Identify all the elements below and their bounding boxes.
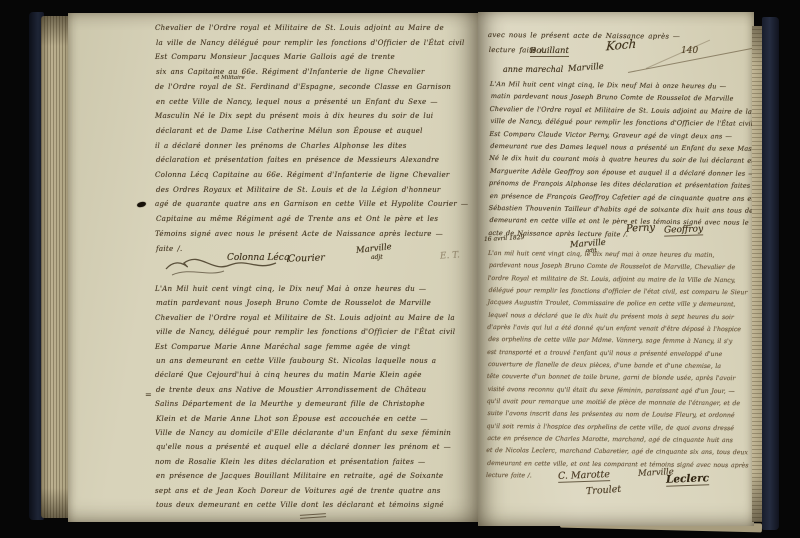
manuscript-line: Capitaine au même Régiment agé de Trente… [156,212,468,227]
courier-signature: Courier [288,252,325,264]
manuscript-line: nom de Rosalie Klein les dites déclarati… [155,455,467,469]
manuscript-line: Chevalier de l'Ordre royal et Militaire … [155,311,467,325]
manuscript-line: des Ordres Royaux et Militaire de St. Lo… [156,183,468,198]
geoffroy-signature: Geoffroy [664,224,703,236]
record-perny-birth: L'An Mil huit cent vingt cinq, le Dix ne… [488,78,750,242]
manuscript-line: sept ans et de Jean Koch Doreur de Voitu… [155,484,467,498]
manuscript-line: lecture faite /. [486,470,752,485]
page-stack-fore-edge [41,16,70,518]
book-cover-right-edge [762,17,779,530]
bouillant-signature: Bouillant [530,46,569,57]
manuscript-line: Ville de Nancy au domicile d'Elle déclar… [155,426,467,440]
manuscript-line: Klein et de Marie Anne Lhot son Épouse e… [156,412,468,426]
manuscript-line: ville de Nancy, délégué pour remplir les… [156,325,468,339]
manuscript-line: Témoins signé avec nous le présent Acte … [155,227,467,242]
right-page: avec nous le présent acte de Naissance a… [478,12,754,526]
marville-signature-continuation: Marville [568,62,604,74]
manuscript-line: demeurant en cette ville, et ont les com… [487,458,753,473]
manuscript-line: visité avons reconnu qu'il était du sexe… [488,384,754,399]
manuscript-line: agé de quarante quatre ans en Garnison e… [155,197,467,212]
manuscript-line: Chevalier de l'Ordre royal et Militaire … [155,21,467,36]
manuscript-line: déclarant et de Dame Lise Catherine Mélu… [156,124,468,139]
end-flourish [300,513,326,519]
manuscript-line: un ans demeurant en cette Ville faubourg… [156,354,468,368]
marechal-signature: anne marechal [503,65,563,74]
manuscript-line: L'An Mil huit cent vingt cinq, le Dix ne… [155,282,467,296]
manuscript-line: Masculin Né le Dix sept du présent mois … [155,109,467,124]
manuscript-line: tous deux demeurant en cette Ville dont … [156,498,468,512]
manuscript-line: déclaration et présentation faites en pr… [156,153,468,168]
koch-signature: Koch [606,37,637,54]
manuscript-line: Est Comparue Marie Anne Maréchal sage fe… [155,340,467,354]
register-photograph: Chevalier de l'Ordre royal et Militaire … [0,0,800,538]
leclerc-signature: Leclerc [666,472,709,486]
manuscript-line: délégué pour remplir les fonctions d'off… [489,285,754,300]
manuscript-line: couverture de flanelle de deux pièces, d… [488,359,754,374]
manuscript-line: de trente deux ans Native de Moustier Ar… [156,383,468,397]
margin-dash-mark: = [145,390,152,399]
pencil-initials: E. T. [440,250,460,261]
manuscript-line: qu'elle nous a présenté et auquel elle a… [156,440,468,454]
manuscript-line: matin pardevant nous Joseph Bruno Comte … [156,296,468,310]
marotte-signature: C. Marotte [558,469,610,483]
record-gallois-birth: Chevalier de l'Ordre royal et Militaire … [155,21,467,256]
perny-signature: Perny [626,222,656,235]
manuscript-line: Salins Département de la Meurthe y demeu… [155,397,467,411]
marginal-date-note: 16 avril 1829 [484,234,525,243]
manuscript-line: la ville de Nancy délégué pour remplir l… [156,36,468,51]
left-page: Chevalier de l'Ordre royal et Militaire … [68,13,478,522]
manuscript-line: acte en présence de Charles Marotte, mar… [487,433,753,448]
manuscript-line: Colonna Lécq Capitaine au 66e. Régiment … [155,168,467,183]
manuscript-line: il a déclaré donner les prénoms de Charl… [155,139,467,154]
manuscript-line: des orphelins de cette ville par Mdme. V… [488,334,754,349]
manuscript-line: déclaré Que Cejourd'hui à cinq heures du… [155,368,467,382]
interline-insertion: et Militaire [214,75,245,81]
manuscript-line: pardevant nous Joseph Bruno Comte de Rou… [489,260,754,275]
record-klein-birth: L'An Mil huit cent vingt cinq, le Dix ne… [155,282,467,513]
manuscript-line: en présence de Jacques Bouillant Militai… [156,469,468,483]
record-fleury-foundling: L'an mil huit cent vingt cinq, le dix ne… [486,248,754,485]
manuscript-line: six ans Capitaine au 66e. Régiment d'Inf… [156,65,468,80]
manuscript-line: lequel nous a déclaré que le dix huit du… [488,310,754,325]
manuscript-line: suite l'avons inscrit dans les présentes… [487,408,753,423]
ink-blot [137,201,147,208]
manuscript-line: en cette Ville de Nancy, lequel nous a p… [156,95,468,110]
manuscript-line: Est Comparu Monsieur Jacques Marie Gallo… [155,50,467,65]
troulet-signature: Troulet [586,484,622,497]
marville-adjoint-title: adjt [371,254,383,261]
colonna-leca-signature: Colonna Lécq [227,253,290,263]
manuscript-line: de l'Ordre royal de St. Ferdinand d'Espa… [155,80,467,95]
